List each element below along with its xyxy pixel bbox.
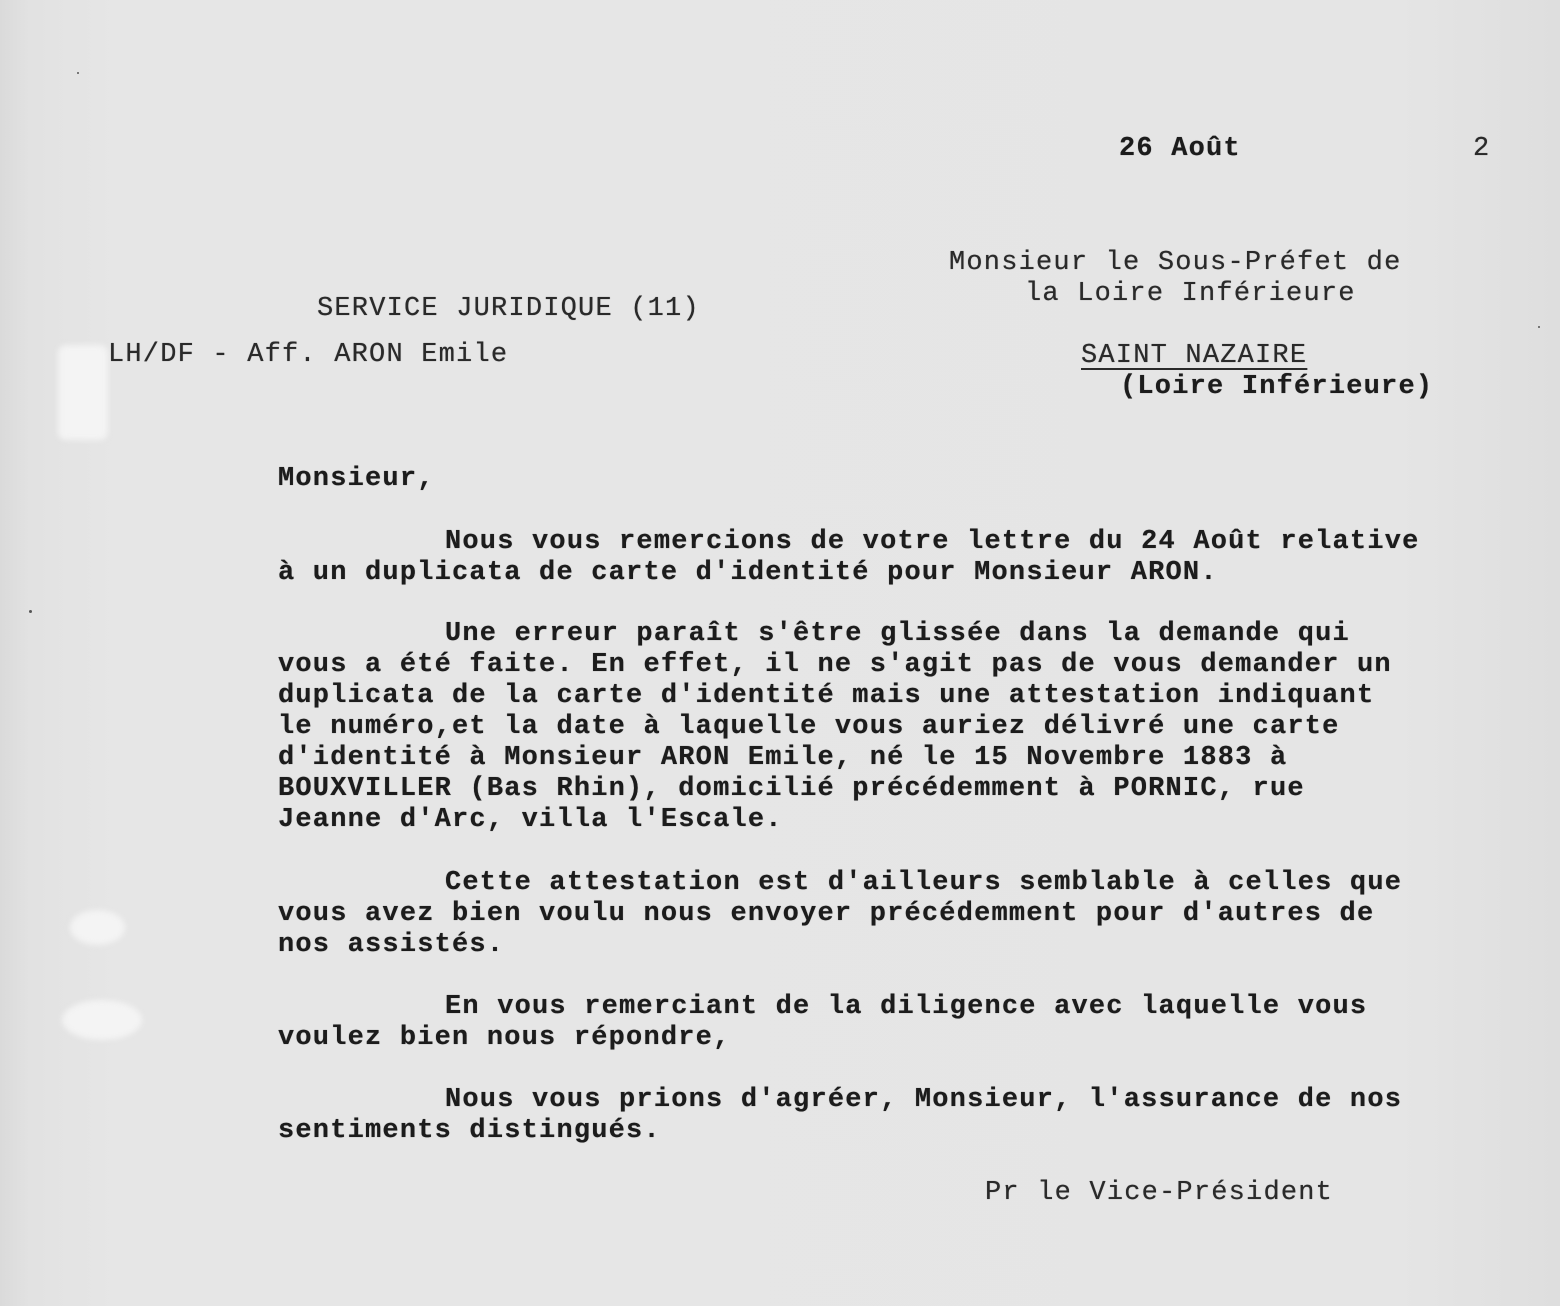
service-heading: SERVICE JURIDIQUE (11) <box>317 294 700 324</box>
body-line: d'identité à Monsieur ARON Emile, né le … <box>278 743 1287 773</box>
body-line: Jeanne d'Arc, villa l'Escale. <box>278 805 783 835</box>
document-page: 26 Août 2 Monsieur le Sous-Préfet de la … <box>0 0 1560 1306</box>
body-line: sentiments distingués. <box>278 1116 661 1146</box>
salutation: Monsieur, <box>278 464 435 494</box>
recipient-line-2: la Loire Inférieure <box>1025 279 1356 309</box>
body-line: à un duplicata de carte d'identité pour … <box>278 558 1218 588</box>
letter-date: 26 Août <box>1119 134 1241 164</box>
signature-line: Pr le Vice-Président <box>985 1178 1333 1208</box>
page-number: 2 <box>1473 134 1490 164</box>
paper-blemish <box>58 345 108 440</box>
paper-blemish <box>62 1000 142 1040</box>
body-line: nos assistés. <box>278 930 504 960</box>
body-line: duplicata de la carte d'identité mais un… <box>278 681 1374 711</box>
body-line: vous a été faite. En effet, il ne s'agit… <box>278 650 1392 680</box>
paper-speck <box>29 610 32 613</box>
paper-speck <box>1538 326 1540 328</box>
body-line: vous avez bien voulu nous envoyer précéd… <box>278 899 1374 929</box>
reference-line: LH/DF - Aff. ARON Emile <box>108 340 508 370</box>
body-line: le numéro,et la date à laquelle vous aur… <box>278 712 1340 742</box>
recipient-city: SAINT NAZAIRE <box>1081 341 1307 371</box>
paper-blemish <box>70 910 125 945</box>
recipient-line-1: Monsieur le Sous-Préfet de <box>949 248 1401 278</box>
recipient-region: (Loire Inférieure) <box>1120 372 1433 402</box>
body-line: BOUXVILLER (Bas Rhin), domicilié précéde… <box>278 774 1305 804</box>
body-line: Une erreur paraît s'être glissée dans la… <box>445 619 1350 649</box>
body-line: Nous vous prions d'agréer, Monsieur, l'a… <box>445 1085 1402 1115</box>
body-line: Cette attestation est d'ailleurs semblab… <box>445 868 1402 898</box>
body-line: voulez bien nous répondre, <box>278 1023 730 1053</box>
body-line: Nous vous remercions de votre lettre du … <box>445 527 1420 557</box>
body-line: En vous remerciant de la diligence avec … <box>445 992 1367 1022</box>
paper-speck <box>77 72 79 74</box>
